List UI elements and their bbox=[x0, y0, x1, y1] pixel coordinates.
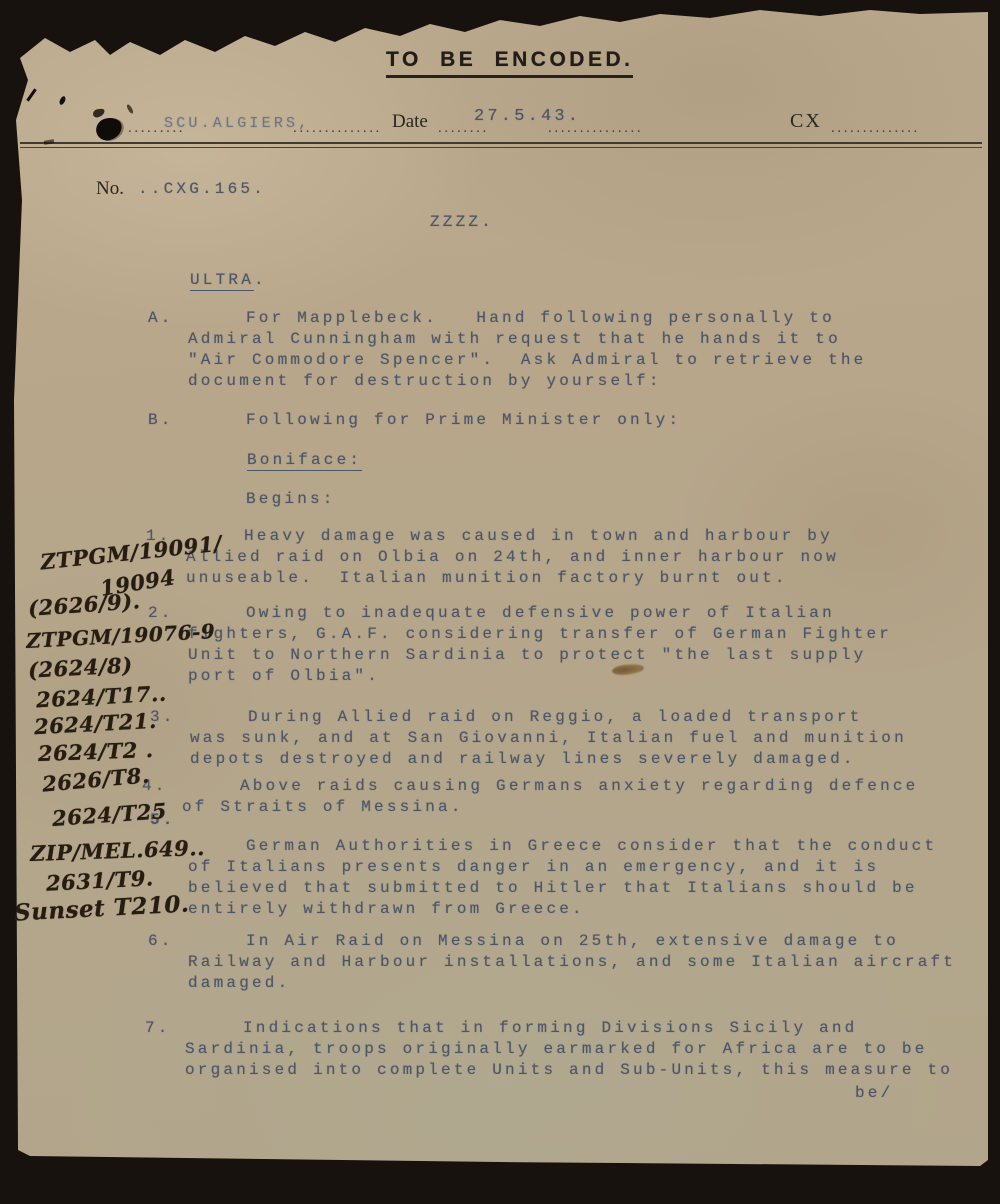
date-label: Date bbox=[392, 111, 428, 133]
section-a: A. For Mapplebeck. Hand following person… bbox=[148, 308, 866, 392]
paragraph-7-number: 7. bbox=[145, 1018, 185, 1081]
paragraph-3: 3. During Allied raid on Reggio, a loade… bbox=[150, 707, 907, 770]
cx-label: CX bbox=[790, 110, 822, 133]
double-rule bbox=[20, 142, 982, 148]
begins-heading: Begins: bbox=[246, 489, 336, 510]
date-dotted-line-b: ............... bbox=[548, 120, 643, 137]
paragraph-3-text: During Allied raid on Reggio, a loaded t… bbox=[190, 707, 907, 770]
no-label: No. bbox=[96, 178, 124, 200]
priority-code: ZZZZ. bbox=[430, 212, 494, 233]
paragraph-4: 4. Above raids causing Germans anxiety r… bbox=[142, 776, 918, 818]
paragraph-6-number: 6. bbox=[148, 931, 188, 994]
classification-period: . bbox=[254, 271, 267, 289]
continuation-mark: be/ bbox=[855, 1083, 893, 1104]
boniface-heading: Boniface: bbox=[247, 450, 362, 471]
boniface-word: Boniface: bbox=[247, 451, 362, 471]
paragraph-5: 5. German Authorities in Greece consider… bbox=[148, 836, 937, 920]
no-value: ..CXG.165. bbox=[138, 179, 266, 200]
section-b-label: B. bbox=[148, 410, 188, 431]
paragraph-4-text: Above raids causing Germans anxiety rega… bbox=[182, 776, 918, 818]
paragraph-7: 7. Indications that in forming Divisions… bbox=[145, 1018, 953, 1081]
paragraph-5-text: German Authorities in Greece consider th… bbox=[188, 836, 937, 920]
section-a-label: A. bbox=[148, 308, 188, 392]
paragraph-1-text: Heavy damage was caused in town and harb… bbox=[186, 526, 839, 589]
station-value: SCU.ALGIERS, bbox=[164, 113, 310, 134]
section-b: B. Following for Prime Minister only: bbox=[148, 410, 681, 431]
classification: ULTRA. bbox=[190, 270, 267, 291]
paragraph-2: 2. Owing to inadequate defensive power o… bbox=[148, 603, 892, 687]
station-dotted-line: .............. bbox=[293, 120, 382, 137]
margin-note: 2624/T2 . bbox=[38, 737, 154, 766]
section-b-text: Following for Prime Minister only: bbox=[188, 410, 681, 431]
paragraph-1: 1. Heavy damage was caused in town and h… bbox=[146, 526, 839, 589]
paragraph-7-text: Indications that in forming Divisions Si… bbox=[185, 1018, 953, 1081]
cx-dotted-line: .............. bbox=[831, 120, 920, 137]
paragraph-6-text: In Air Raid on Messina on 25th, extensiv… bbox=[188, 931, 956, 994]
paragraph-6: 6. In Air Raid on Messina on 25th, exten… bbox=[148, 931, 956, 994]
encode-stamp-title: TO BE ENCODED. bbox=[386, 48, 633, 78]
paragraph-2-text: Owing to inadequate defensive power of I… bbox=[188, 603, 892, 687]
photographed-document-page: TO BE ENCODED. ......... SCU.ALGIERS, ..… bbox=[0, 0, 1000, 1204]
section-a-text: For Mapplebeck. Hand following personall… bbox=[188, 308, 866, 392]
classification-word: ULTRA bbox=[190, 271, 254, 291]
